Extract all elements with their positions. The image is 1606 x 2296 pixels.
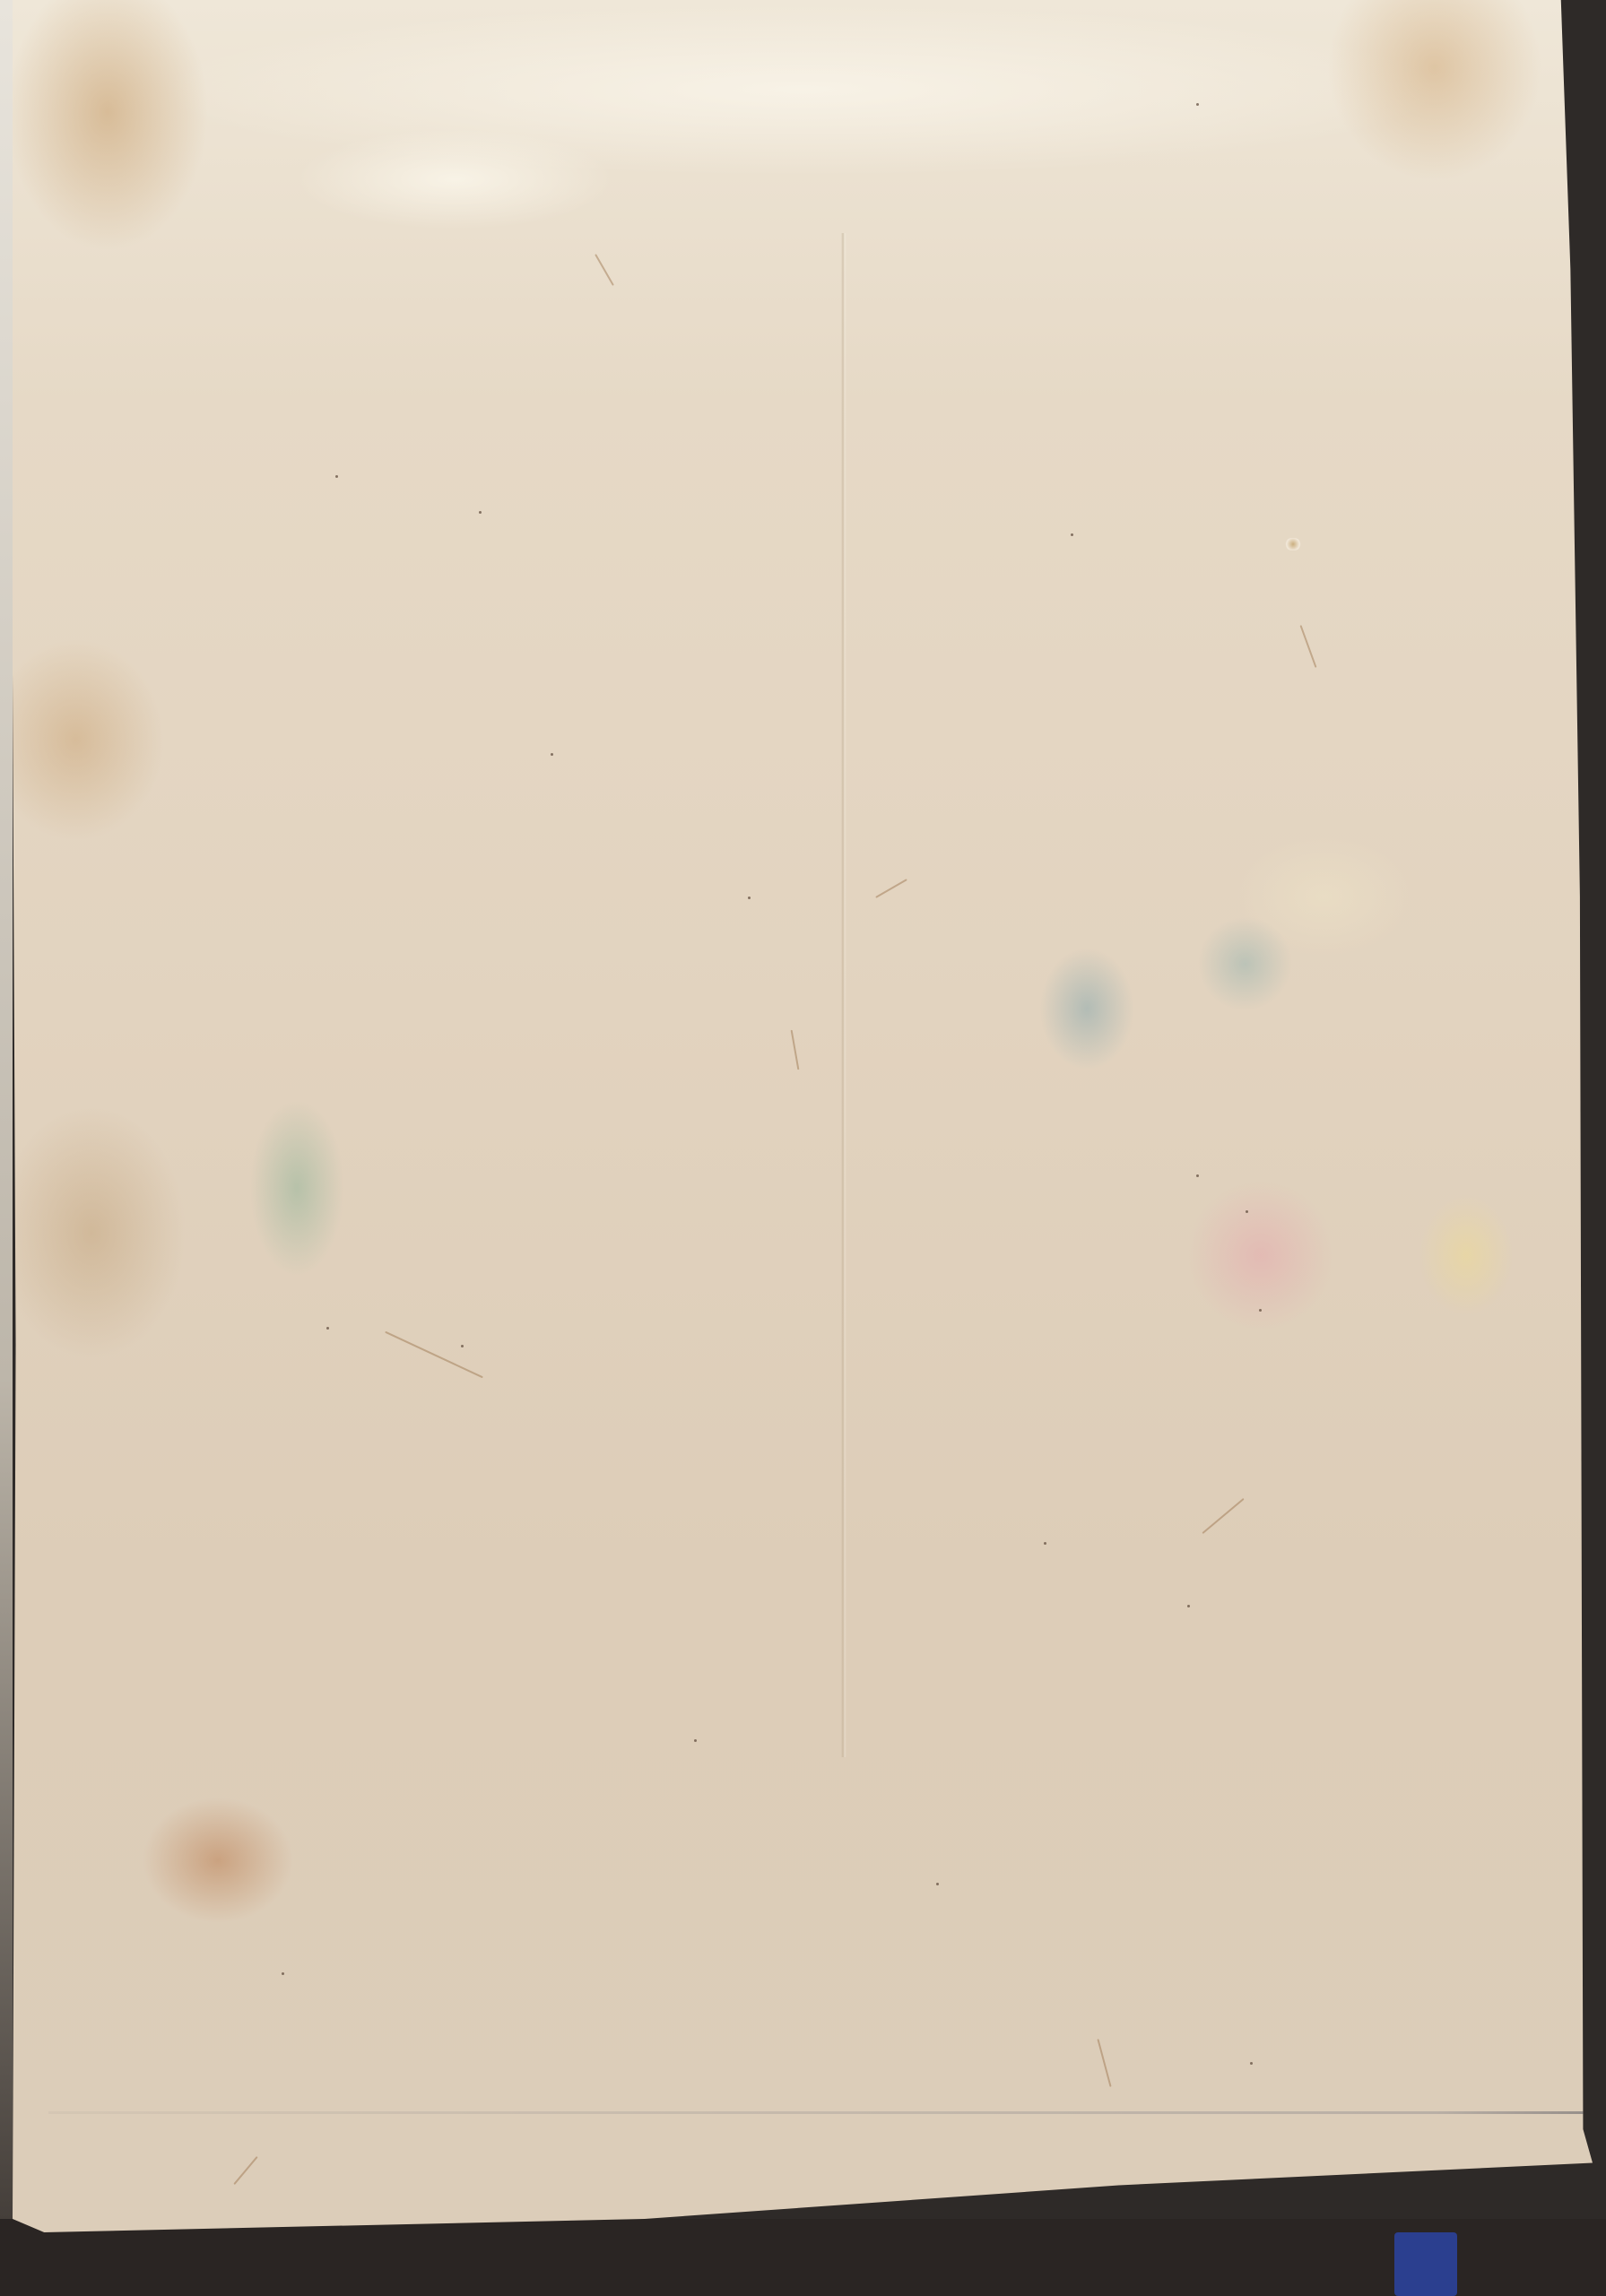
speck xyxy=(326,1327,329,1330)
background-surface-bottom xyxy=(0,2219,1606,2296)
speck xyxy=(1044,1542,1046,1545)
fiber xyxy=(233,2156,257,2185)
paper-bump xyxy=(1284,538,1302,550)
speck xyxy=(1259,1309,1262,1312)
speck xyxy=(1250,2062,1253,2065)
fiber xyxy=(791,1030,800,1070)
speck xyxy=(936,1883,939,1885)
speck xyxy=(282,1972,284,1975)
speck xyxy=(479,511,482,514)
paper-sheet xyxy=(13,0,1593,2241)
horizontal-crease xyxy=(48,2111,1591,2114)
speck xyxy=(694,1739,697,1742)
speck xyxy=(1071,533,1073,536)
fiber xyxy=(875,879,907,898)
center-fold xyxy=(841,233,846,1757)
fiber xyxy=(1202,1498,1244,1534)
fiber xyxy=(595,254,614,286)
fiber xyxy=(1097,2039,1111,2087)
speck xyxy=(1246,1210,1248,1213)
speck xyxy=(551,753,553,756)
speck xyxy=(1196,103,1199,106)
speck xyxy=(1411,2179,1414,2181)
fiber xyxy=(1300,625,1317,668)
speck xyxy=(335,475,338,478)
blue-object-corner xyxy=(1394,2232,1457,2296)
speck xyxy=(1196,1174,1199,1177)
fiber xyxy=(385,1331,483,1379)
speck xyxy=(461,1345,464,1347)
speck xyxy=(1187,1605,1190,1607)
background-surface-left xyxy=(0,0,13,2296)
speck xyxy=(748,897,751,899)
